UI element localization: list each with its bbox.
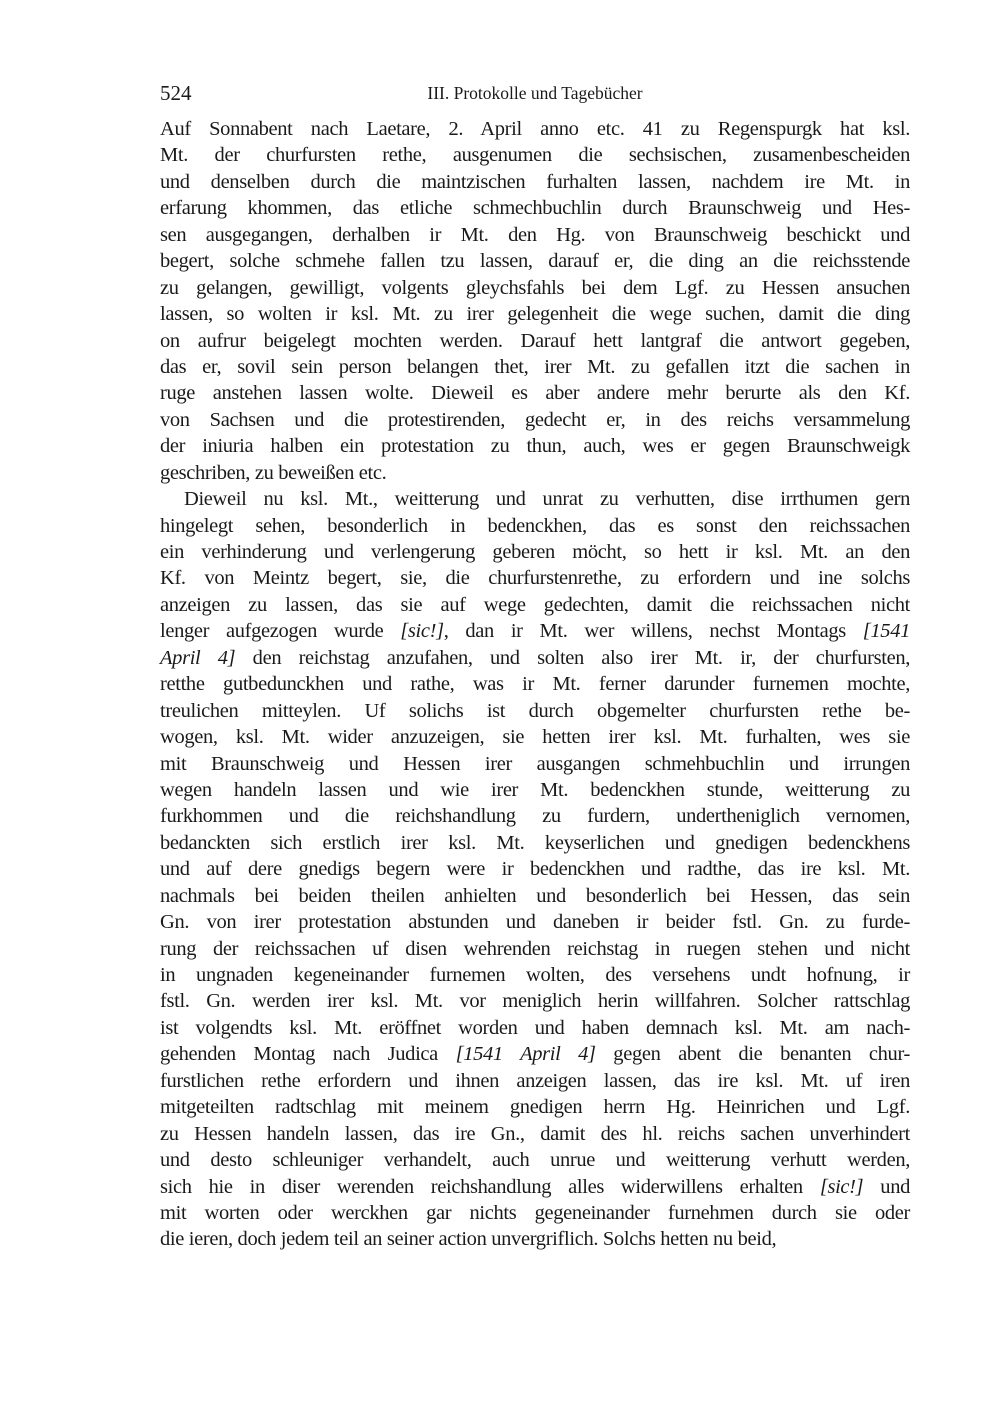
text-line: gehenden Montag nach Judica [1541 April … (160, 1041, 910, 1067)
paragraph: Dieweil nu ksl. Mt., weitterung und unra… (160, 486, 910, 1253)
text-run: mit Braunschweig und Hessen irer ausgang… (160, 753, 910, 775)
text-run: Gn. von irer protestation abstunden und … (160, 911, 910, 933)
text-run: mitgeteilten radtschlag mit meinem gnedi… (160, 1096, 910, 1118)
text-line: wogen, ksl. Mt. wider anzuzeigen, sie he… (160, 724, 910, 750)
text-line: in ungnaden kegeneinander furnemen wolte… (160, 962, 910, 988)
text-run: furstlichen rethe erfordern und ihnen an… (160, 1070, 910, 1092)
text-run: und denselben durch die maintzischen fur… (160, 171, 910, 193)
text-run: erfarung khommen, das etliche schmechbuc… (160, 197, 910, 219)
text-line: das er, sovil sein person belangen thet,… (160, 354, 910, 380)
document-page: 524 III. Protokolle und Tagebücher Auf S… (160, 78, 910, 1253)
text-line: und denselben durch die maintzischen fur… (160, 169, 910, 195)
editorial-annotation: [sic!] (400, 620, 443, 642)
text-run: hingelegt sehen, besonderlich in bedenck… (160, 515, 910, 537)
text-run: ist volgendts ksl. Mt. eröffnet worden u… (160, 1017, 910, 1039)
running-head: 524 III. Protokolle und Tagebücher (160, 78, 910, 108)
text-line: Mt. der churfursten rethe, ausgenumen di… (160, 142, 910, 168)
text-run: sen ausgegangen, derhalben ir Mt. den Hg… (160, 224, 910, 246)
text-line: von Sachsen und die protestirenden, gede… (160, 407, 910, 433)
editorial-annotation: [1541 April 4] (456, 1043, 596, 1065)
text-line: Dieweil nu ksl. Mt., weitterung und unra… (160, 486, 910, 512)
text-line: treulichen mitteylen. Uf solichs ist dur… (160, 698, 910, 724)
text-run: rung der reichssachen uf disen wehrenden… (160, 938, 910, 960)
text-line: ein verhinderung und verlengerung gebere… (160, 539, 910, 565)
text-run: bedanckten sich erstlich irer ksl. Mt. k… (160, 832, 910, 854)
text-line: zu Hessen handeln lassen, das ire Gn., d… (160, 1121, 910, 1147)
text-run: das er, sovil sein person belangen thet,… (160, 356, 910, 378)
text-run: mit worten oder werckhen gar nichts gege… (160, 1202, 910, 1224)
text-line: retthe gutbedunckhen und rathe, was ir M… (160, 671, 910, 697)
text-run: on aufrur beigelegt mochten werden. Dara… (160, 330, 910, 352)
text-line: furkhommen und die reichshandlung zu fur… (160, 803, 910, 829)
text-run: die ieren, doch jedem teil an seiner act… (160, 1228, 776, 1250)
text-run: retthe gutbedunckhen und rathe, was ir M… (160, 673, 910, 695)
editorial-annotation: [1541 (863, 620, 910, 642)
text-run: und (863, 1176, 910, 1198)
text-line: nachmals bei beiden theilen anhielten un… (160, 883, 910, 909)
text-run: gegen abent die benanten chur- (596, 1043, 910, 1065)
text-run: zu Hessen handeln lassen, das ire Gn., d… (160, 1123, 910, 1145)
text-line: fstl. Gn. werden irer ksl. Mt. vor menig… (160, 988, 910, 1014)
text-run: Dieweil nu ksl. Mt., weitterung und unra… (184, 488, 910, 510)
text-line: on aufrur beigelegt mochten werden. Dara… (160, 328, 910, 354)
text-run: fstl. Gn. werden irer ksl. Mt. vor menig… (160, 990, 910, 1012)
body-text: Auf Sonnabent nach Laetare, 2. April ann… (160, 116, 910, 1253)
text-line: zu gelangen, gewilligt, volgents gleychs… (160, 275, 910, 301)
text-run: zu gelangen, gewilligt, volgents gleychs… (160, 277, 910, 299)
text-run: Kf. von Meintz begert, sie, die churfurs… (160, 567, 910, 589)
text-line: furstlichen rethe erfordern und ihnen an… (160, 1068, 910, 1094)
text-run: ein verhinderung und verlengerung gebere… (160, 541, 910, 563)
text-run: in ungnaden kegeneinander furnemen wolte… (160, 964, 910, 986)
text-line: Kf. von Meintz begert, sie, die churfurs… (160, 565, 910, 591)
text-line: der iniuria halben ein protestation zu t… (160, 433, 910, 459)
text-line: ist volgendts ksl. Mt. eröffnet worden u… (160, 1015, 910, 1041)
text-line: und desto schleuniger verhandelt, auch u… (160, 1147, 910, 1173)
text-run: wogen, ksl. Mt. wider anzuzeigen, sie he… (160, 726, 910, 748)
text-line: wegen handeln lassen und wie irer Mt. be… (160, 777, 910, 803)
paragraph: Auf Sonnabent nach Laetare, 2. April ann… (160, 116, 910, 486)
text-line: rung der reichssachen uf disen wehrenden… (160, 936, 910, 962)
text-run: lassen, so wolten ir ksl. Mt. zu irer ge… (160, 303, 910, 325)
text-run: von Sachsen und die protestirenden, gede… (160, 409, 910, 431)
text-line: und auf dere gnedigs begern were ir bede… (160, 856, 910, 882)
text-run: wegen handeln lassen und wie irer Mt. be… (160, 779, 910, 801)
text-run: geschriben, zu beweißen etc. (160, 462, 386, 484)
text-run: den reichstag anzufahen, und solten also… (235, 647, 910, 669)
text-run: , dan ir Mt. wer willens, nechst Montags (444, 620, 863, 642)
text-run: nachmals bei beiden theilen anhielten un… (160, 885, 910, 907)
editorial-annotation: [sic!] (820, 1176, 863, 1198)
text-line: lenger aufgezogen wurde [sic!], dan ir M… (160, 618, 910, 644)
text-line: hingelegt sehen, besonderlich in bedenck… (160, 513, 910, 539)
text-line: April 4] den reichstag anzufahen, und so… (160, 645, 910, 671)
text-line: Auf Sonnabent nach Laetare, 2. April ann… (160, 116, 910, 142)
text-run: furkhommen und die reichshandlung zu fur… (160, 805, 910, 827)
text-run: ruge anstehen lassen wolte. Dieweil es a… (160, 382, 910, 404)
text-line: bedanckten sich erstlich irer ksl. Mt. k… (160, 830, 910, 856)
text-line: sen ausgegangen, derhalben ir Mt. den Hg… (160, 222, 910, 248)
text-line: lassen, so wolten ir ksl. Mt. zu irer ge… (160, 301, 910, 327)
text-run: Mt. der churfursten rethe, ausgenumen di… (160, 144, 910, 166)
text-run: Auf Sonnabent nach Laetare, 2. April ann… (160, 118, 910, 140)
text-run: der iniuria halben ein protestation zu t… (160, 435, 910, 457)
running-title: III. Protokolle und Tagebücher (160, 78, 910, 108)
text-line: sich hie in diser werenden reichshandlun… (160, 1174, 910, 1200)
text-line: geschriben, zu beweißen etc. (160, 460, 910, 486)
text-run: lenger aufgezogen wurde (160, 620, 400, 642)
text-line: mit Braunschweig und Hessen irer ausgang… (160, 751, 910, 777)
text-run: und desto schleuniger verhandelt, auch u… (160, 1149, 910, 1171)
text-run: treulichen mitteylen. Uf solichs ist dur… (160, 700, 910, 722)
text-line: anzeigen zu lassen, das sie auf wege ged… (160, 592, 910, 618)
text-run: und auf dere gnedigs begern were ir bede… (160, 858, 910, 880)
editorial-annotation: April 4] (160, 647, 235, 669)
text-line: die ieren, doch jedem teil an seiner act… (160, 1226, 910, 1252)
text-run: anzeigen zu lassen, das sie auf wege ged… (160, 594, 910, 616)
text-run: sich hie in diser werenden reichshandlun… (160, 1176, 820, 1198)
text-line: mit worten oder werckhen gar nichts gege… (160, 1200, 910, 1226)
text-line: ruge anstehen lassen wolte. Dieweil es a… (160, 380, 910, 406)
text-run: begert, solche schmehe fallen tzu lassen… (160, 250, 910, 272)
text-run: gehenden Montag nach Judica (160, 1043, 456, 1065)
text-line: begert, solche schmehe fallen tzu lassen… (160, 248, 910, 274)
text-line: mitgeteilten radtschlag mit meinem gnedi… (160, 1094, 910, 1120)
text-line: Gn. von irer protestation abstunden und … (160, 909, 910, 935)
text-line: erfarung khommen, das etliche schmechbuc… (160, 195, 910, 221)
